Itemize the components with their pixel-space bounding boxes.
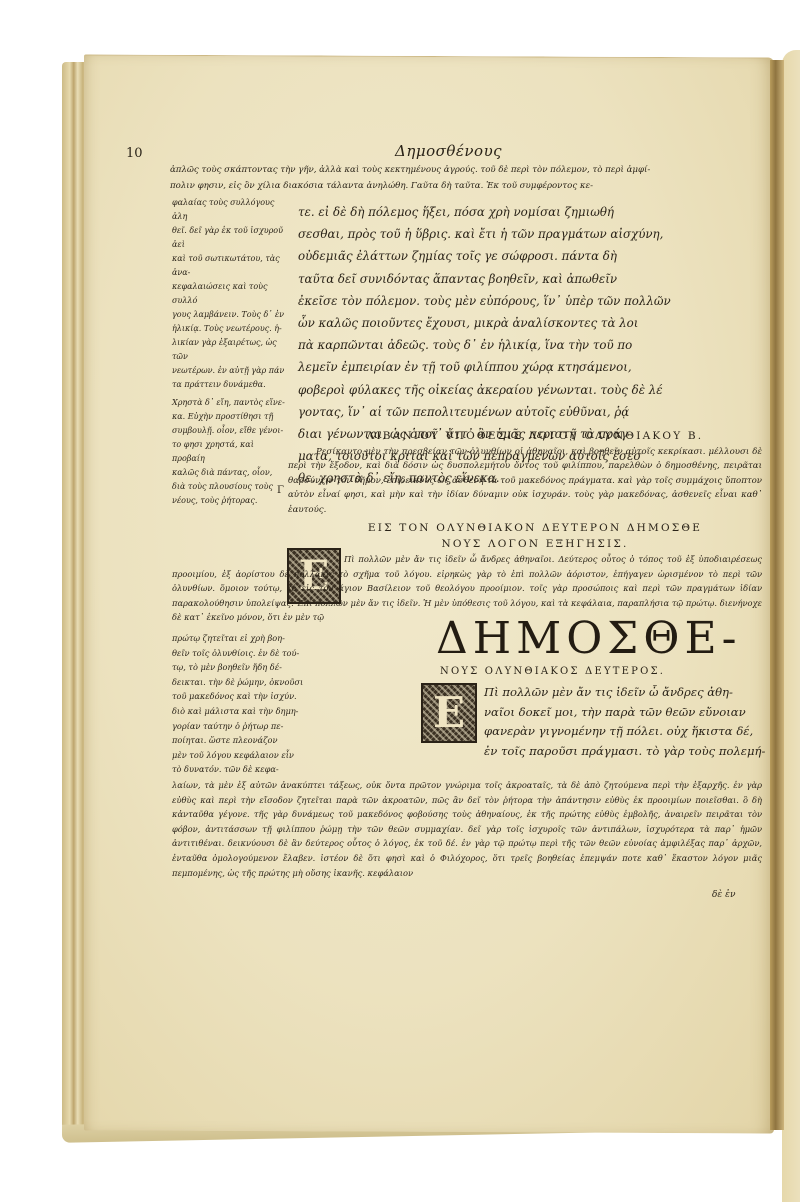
running-head: Δημοσθένους: [395, 142, 502, 160]
page-number: 10: [126, 146, 143, 161]
gloss-line: συμβουλῇ. οἷον, εἴθε γένοι-: [172, 424, 287, 438]
gloss-line: Χρηστὰ δ᾽ εἴη, παντὸς εἵνε-: [172, 396, 287, 410]
top-line-2: πολιν φησιν, εἰς ὃν χίλια διακόσια τάλαν…: [170, 179, 760, 193]
exegesis-side-column: πρώτῳ ζητεῖται εἰ χρὴ βοη- θεῖν τοῖς ὀλυ…: [172, 631, 304, 777]
decorated-initial-oration: Ε: [421, 683, 477, 743]
gloss-column: φαλαίας τοὺς συλλόγους ἀλη θεῖ. δεῖ γὰρ …: [172, 196, 287, 508]
side-line: ποίηται. ὥστε πλεονάζον: [172, 733, 304, 748]
gloss-line: ἡλικίᾳ. Τοὺς νεωτέρους. ἡ-: [172, 322, 287, 336]
gloss-line: κα. Εὐχὴν προστίθησι τῇ: [172, 410, 287, 424]
hypothesis-heading: ΛΙΒΑΝΙΟΥ ΥΠΟΘΕΣΙΣ ΛΟΓΟΥ ΟΛΥΝΘΙΑΚΟΥ Β.: [300, 430, 770, 442]
side-line: διὸ καὶ μάλιστα καὶ τὴν δημη-: [172, 704, 304, 719]
main-line: οὐδεμιᾶς ἐλάττων ζημίας τοῖς γε σώφροσι.…: [298, 245, 764, 267]
side-line: πρώτῳ ζητεῖται εἰ χρὴ βοη-: [172, 631, 304, 646]
hypothesis-text: Ρεσίκαντο μὲν τὴν πρεσβείαν τῶν ὀλυνθίων…: [288, 445, 762, 517]
side-line: δεικται. τὴν δὲ ῥώμην, ὀκνοῦσι: [172, 675, 304, 690]
oration-subtitle: ΝΟΥΣ ΟΛΥΝΘΙΑΚΟΣ ΔΕΥΤΕΡΟΣ.: [440, 666, 665, 677]
gloss-line: καὶ τοῦ σωτικωτάτου, τὰς ἀνα-: [172, 252, 287, 280]
main-line: πὰ καρπῶνται ἀδεῶς. τοὺς δ᾽ ἐν ἡλικίᾳ, ἵ…: [298, 334, 764, 356]
margin-signature-letter: Γ: [277, 485, 284, 496]
side-line: τῳ, τὸ μὲν βοηθεῖν ἤδη δέ-: [172, 660, 304, 675]
side-line: τοῦ μακεδόνος καὶ τὴν ἰσχύν.: [172, 689, 304, 704]
exegesis-heading-line-1: ΕΙΣ ΤΟΝ ΟΛΥΝΘΙΑΚΟΝ ΔΕΥΤΕΡΟΝ ΔΗΜΟΣΘΕ: [300, 522, 770, 534]
gloss-line: γους λαμβάνειν. Τοὺς δ᾽ ἐν: [172, 308, 287, 322]
oration-line: Πὶ πολλῶν μὲν ἄν τις ἰδεῖν ὦ ἄνδρες ἀθη-: [484, 683, 766, 703]
gloss-line: νεωτέρων. ἐν αὐτῇ γὰρ πάν: [172, 364, 287, 378]
gloss-line: λικίαν γὰρ ἐξαιρέτως, ὡς τῶν: [172, 336, 287, 364]
gloss-line: το φησι χρηστά, καὶ προβαίη: [172, 438, 287, 466]
oration-opening-text: Πὶ πολλῶν μὲν ἄν τις ἰδεῖν ὦ ἄνδρες ἀθη-…: [484, 683, 766, 761]
top-line-1: ἁπλῶς τοὺς σκάπτοντας τὴν γῆν, ἀλλὰ καὶ …: [170, 163, 760, 177]
main-line: ἐκεῖσε τὸν πόλεμον. τοὺς μὲν εὐπόρους, ἵ…: [298, 290, 764, 312]
main-line: φοβεροὶ φύλακες τῆς οἰκείας ἀκεραίου γέν…: [298, 379, 764, 401]
oration-line: ναῖοι δοκεῖ μοι, τὴν παρὰ τῶν θεῶν εὔνοι…: [484, 703, 766, 723]
gloss-line: κεφαλαιώσεις καὶ τοὺς συλλό: [172, 280, 287, 308]
main-line: ὧν καλῶς ποιοῦντες ἔχουσι, μικρὰ ἀναλίσκ…: [298, 312, 764, 334]
oration-line: φανερὰν γιγνομένην τῇ πόλει. οὐχ ἥκιστα …: [484, 722, 766, 742]
gloss-line: θεῖ. δεῖ γὰρ ἐκ τοῦ ἰσχυροῦ ἀεὶ: [172, 224, 287, 252]
gloss-line: τα πράττειν δυνάμεθα.: [172, 378, 287, 392]
main-line: ταῦτα δεῖ συνιδόντας ἅπαντας βοηθεῖν, κα…: [298, 268, 764, 290]
main-line: λεμεῖν ἐμπειρίαν ἐν τῇ τοῦ φιλίππου χώρᾳ…: [298, 356, 764, 378]
gloss-line: καλῶς διὰ πάντας, οἷον,: [172, 466, 287, 480]
main-line: γοντας, ἵν᾽ αἱ τῶν πεπολιτευμένων αὐτοῖς…: [298, 401, 764, 423]
gloss-line: φαλαίας τοὺς συλλόγους ἀλη: [172, 196, 287, 224]
exegesis-heading-line-2: ΝΟΥΣ ΛΟΓΟΝ ΕΞΗΓΗΣΙΣ.: [300, 538, 770, 550]
catchword: δὲ ἐν: [712, 890, 735, 900]
side-line: τὸ δυνατόν. τῶν δὲ κεφα-: [172, 762, 304, 777]
closing-commentary: λαίων, τὰ μὲν ἐξ αὐτῶν ἀνακύπτει τάξεως,…: [172, 778, 762, 880]
facing-page-edge: [782, 50, 800, 1202]
side-line: μὲν τοῦ λόγου κεφάλαιον εἶν: [172, 748, 304, 763]
side-line: γορίαν ταύτην ὁ ῥήτωρ πε-: [172, 719, 304, 734]
gloss-line: διὰ τοὺς πλουσίους τοὺς: [172, 480, 287, 494]
oration-line: ἐν τοῖς παροῦσι πράγμασι. τὸ γὰρ τοὺς πο…: [484, 742, 766, 762]
book-gutter: [770, 60, 784, 1130]
side-line: θεῖν τοῖς ὀλυνθίοις. ἐν δὲ τού-: [172, 646, 304, 661]
main-line: σεσθαι, πρὸς τοῦ ἡ ὕβρις. καὶ ἔτι ἡ τῶν …: [298, 223, 764, 245]
gloss-line: νέους, τοὺς ῥήτορας.: [172, 494, 287, 508]
oration-title: ΔΗΜΟΣΘΕ-: [436, 617, 741, 661]
main-line: τε. εἰ δὲ δὴ πόλεμος ἥξει, πόσα χρὴ νομί…: [298, 201, 764, 223]
